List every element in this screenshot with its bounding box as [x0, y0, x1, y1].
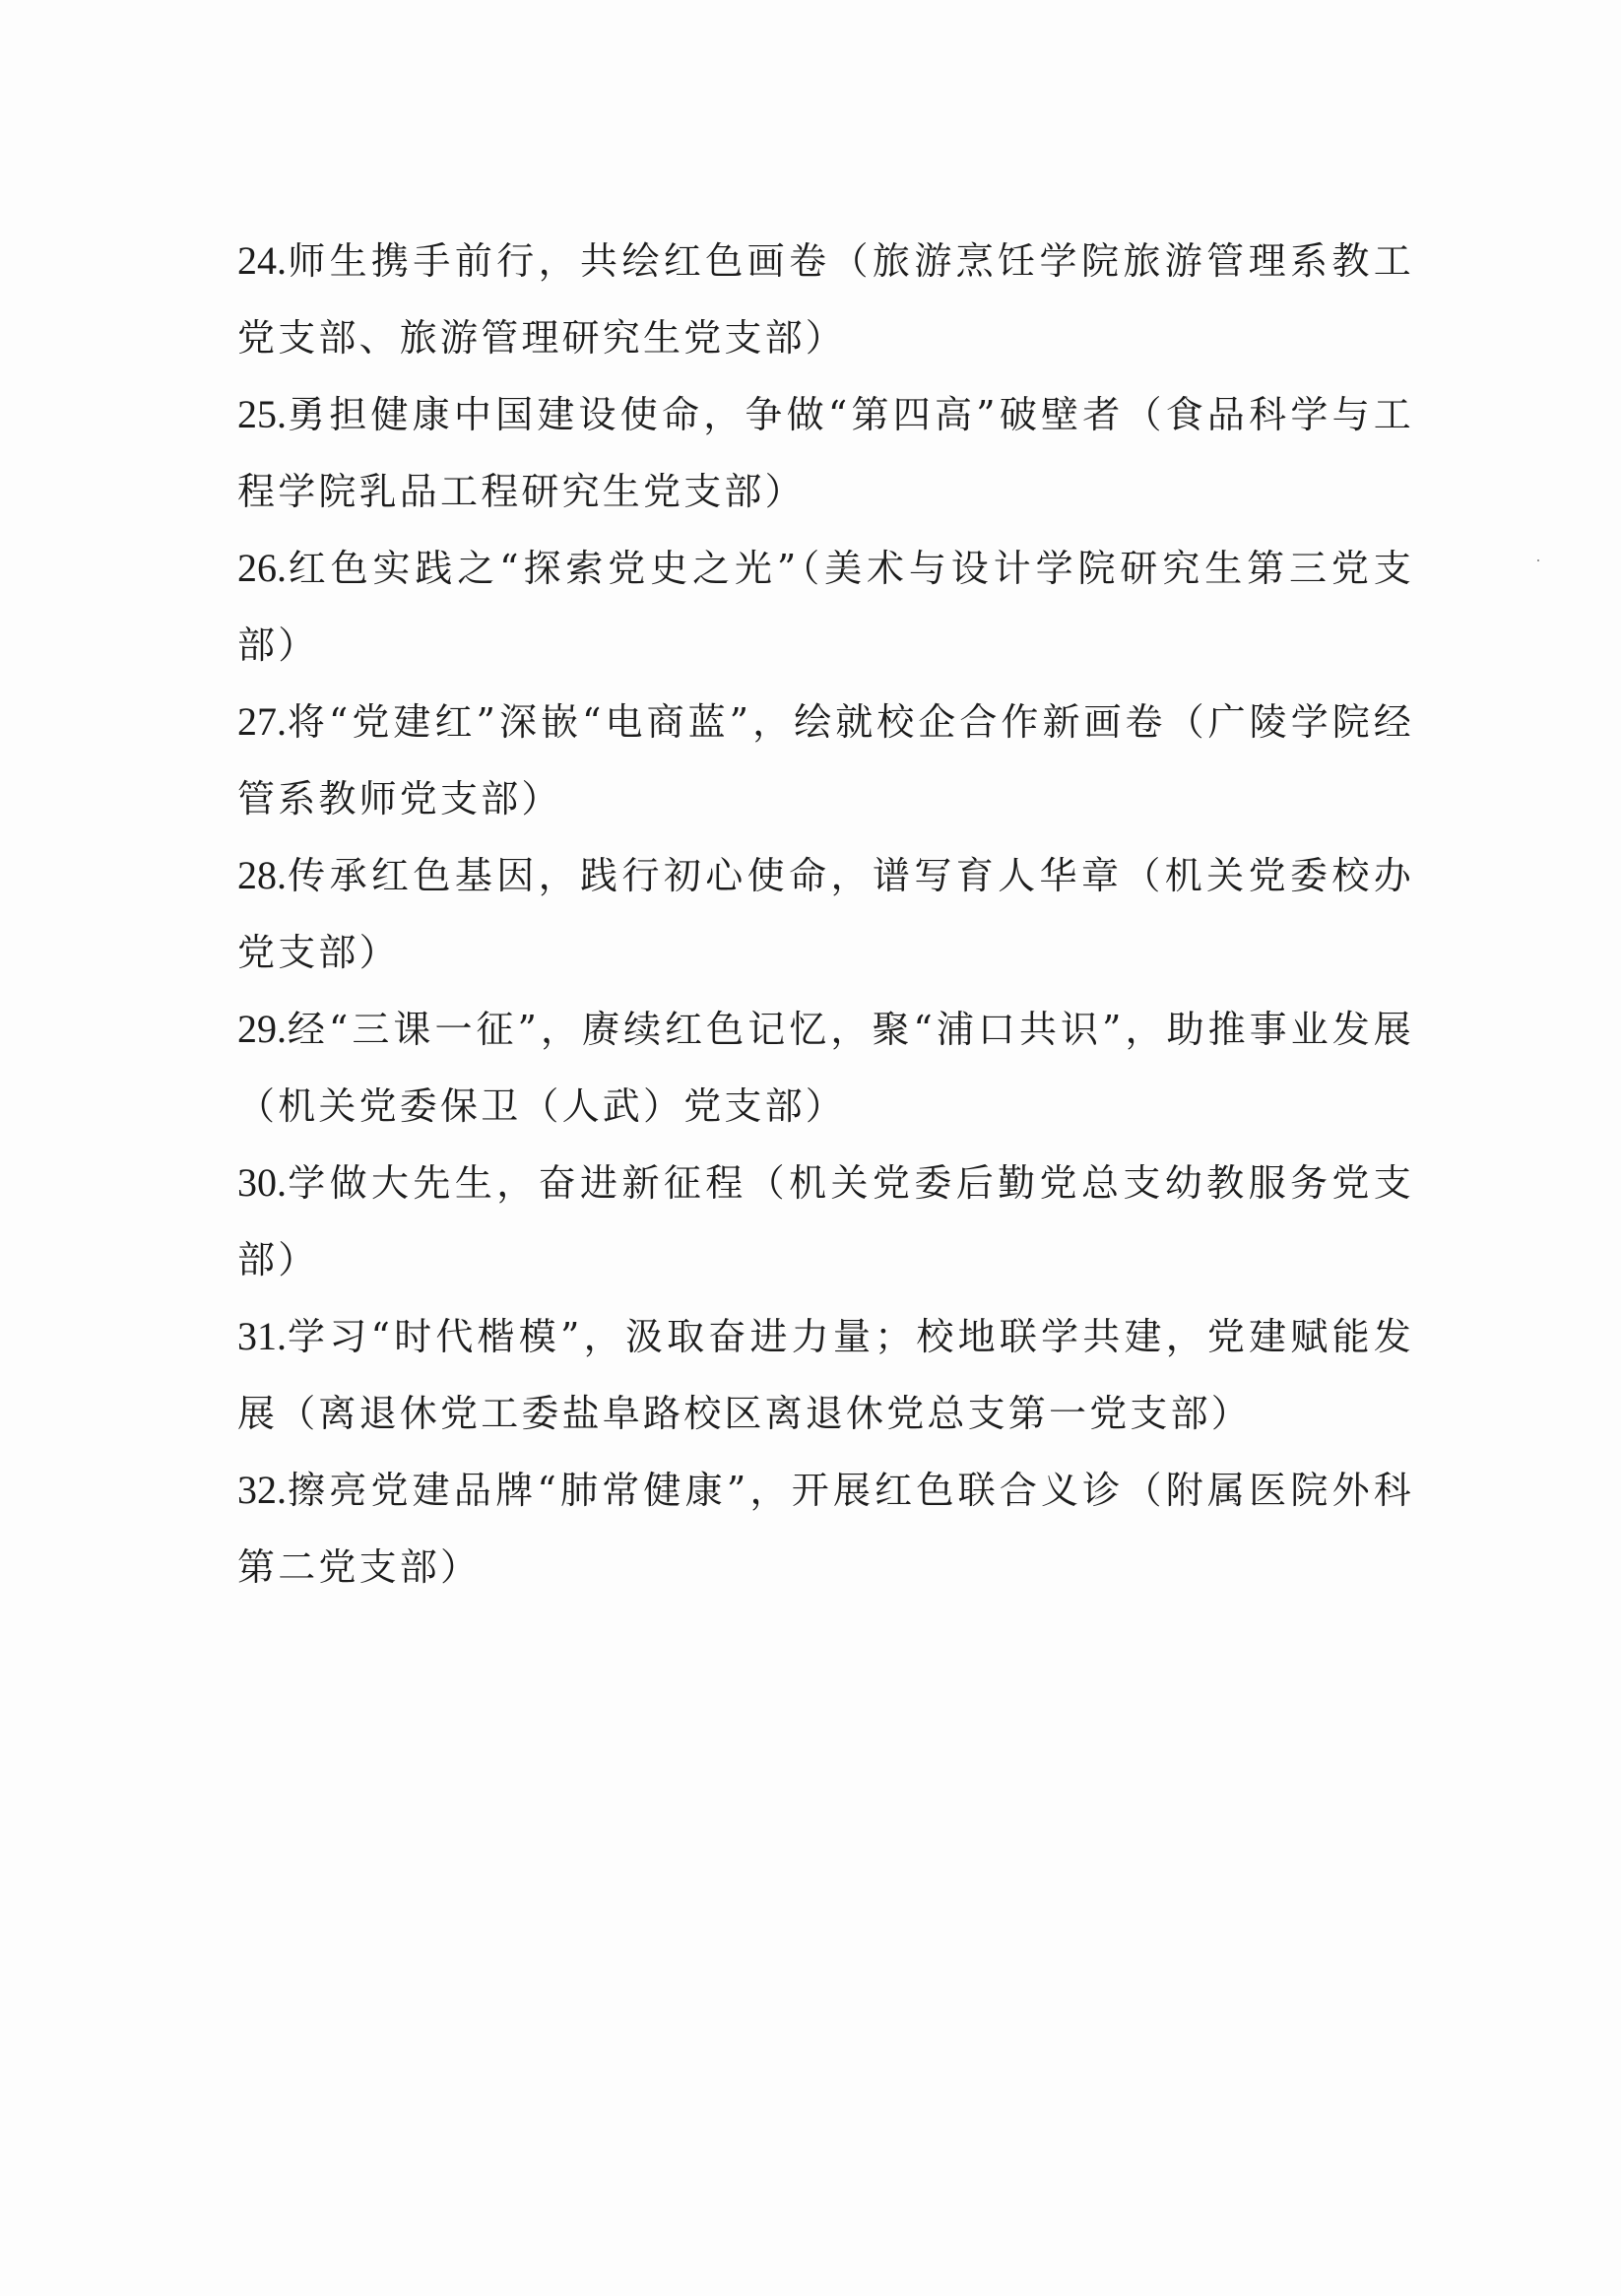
list-item-31: 31.学习“时代楷模”，汲取奋进力量；校地联学共建，党建赋能发展（离退休党工委盐…	[237, 1298, 1414, 1452]
item-text: 红色实践之“探索党史之光”（美术与设计学院研究生第三党支部）	[237, 547, 1414, 667]
scan-speck	[1537, 559, 1539, 561]
item-text: 擦亮党建品牌“肺常健康”，开展红色联合义诊（附属医院外科第二党支部）	[237, 1469, 1414, 1589]
item-text: 师生携手前行，共绘红色画卷（旅游烹饪学院旅游管理系教工党支部、旅游管理研究生党支…	[237, 239, 1414, 360]
document-list: 24.师生携手前行，共绘红色画卷（旅游烹饪学院旅游管理系教工党支部、旅游管理研究…	[237, 223, 1414, 1606]
item-number: 30.	[237, 1160, 287, 1205]
item-number: 28.	[237, 853, 287, 897]
item-text: 学习“时代楷模”，汲取奋进力量；校地联学共建，党建赋能发展（离退休党工委盐阜路校…	[237, 1315, 1414, 1435]
item-number: 27.	[237, 699, 287, 744]
list-item-25: 25.勇担健康中国建设使命，争做“第四高”破壁者（食品科学与工程学院乳品工程研究…	[237, 376, 1414, 530]
item-text: 将“党建红”深嵌“电商蓝”，绘就校企合作新画卷（广陵学院经管系教师党支部）	[237, 700, 1414, 820]
item-number: 31.	[237, 1314, 287, 1358]
list-item-26: 26.红色实践之“探索党史之光”（美术与设计学院研究生第三党支部）	[237, 530, 1414, 684]
item-number: 24.	[237, 238, 287, 283]
item-number: 25.	[237, 392, 287, 436]
item-text: 经“三课一征”，赓续红色记忆，聚“浦口共识”，助推事业发展（机关党委保卫（人武）…	[237, 1008, 1414, 1128]
list-item-27: 27.将“党建红”深嵌“电商蓝”，绘就校企合作新画卷（广陵学院经管系教师党支部）	[237, 684, 1414, 837]
item-text: 学做大先生，奋进新征程（机关党委后勤党总支幼教服务党支部）	[237, 1161, 1414, 1281]
list-item-24: 24.师生携手前行，共绘红色画卷（旅游烹饪学院旅游管理系教工党支部、旅游管理研究…	[237, 223, 1414, 376]
item-text: 勇担健康中国建设使命，争做“第四高”破壁者（食品科学与工程学院乳品工程研究生党支…	[237, 393, 1414, 513]
list-item-29: 29.经“三课一征”，赓续红色记忆，聚“浦口共识”，助推事业发展（机关党委保卫（…	[237, 991, 1414, 1145]
item-number: 29.	[237, 1007, 287, 1051]
item-text: 传承红色基因，践行初心使命，谱写育人华章（机关党委校办党支部）	[237, 854, 1414, 974]
list-item-30: 30.学做大先生，奋进新征程（机关党委后勤党总支幼教服务党支部）	[237, 1145, 1414, 1298]
item-number: 32.	[237, 1468, 287, 1512]
list-item-28: 28.传承红色基因，践行初心使命，谱写育人华章（机关党委校办党支部）	[237, 837, 1414, 991]
item-number: 26.	[237, 546, 287, 590]
list-item-32: 32.擦亮党建品牌“肺常健康”，开展红色联合义诊（附属医院外科第二党支部）	[237, 1452, 1414, 1606]
document-page: 24.师生携手前行，共绘红色画卷（旅游烹饪学院旅游管理系教工党支部、旅游管理研究…	[0, 0, 1621, 2296]
